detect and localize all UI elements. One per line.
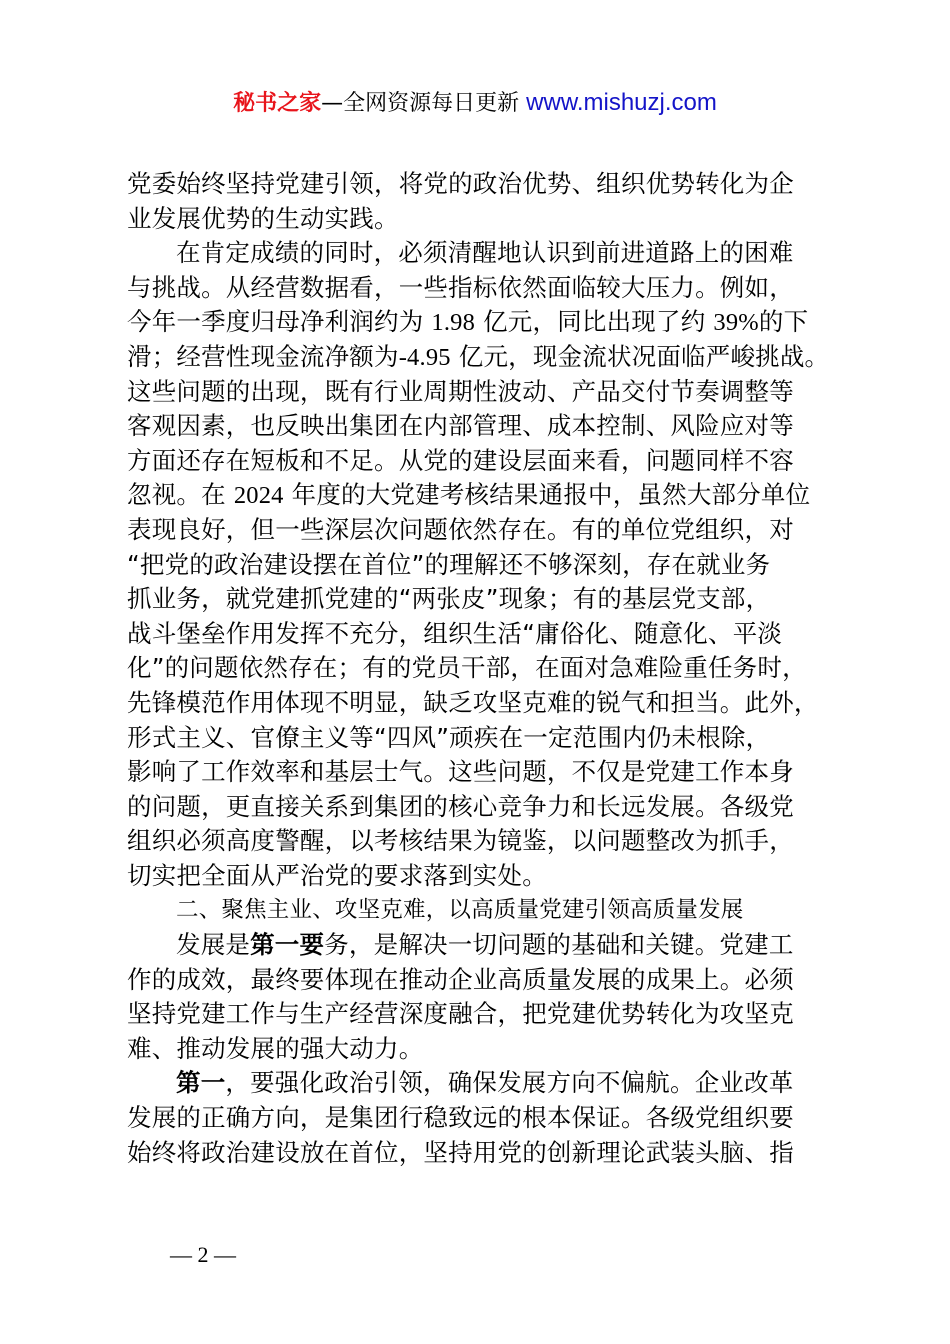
decline-percent: 39%: [713, 309, 759, 336]
text-span: ，要强化政治引领，确保发展方向不偏航。企业改革: [225, 1068, 793, 1097]
text-line: 今年一季度归母净利润约为 1.98 亿元，同比出现了约 39%的下: [127, 305, 857, 340]
page-number: — 2 —: [170, 1240, 236, 1270]
text-line: 的问题，更直接关系到集团的核心竞争力和长远发展。各级党: [127, 790, 857, 825]
text-line: 抓业务，就党建抓党建的“两张皮”现象；有的基层党支部，: [127, 582, 857, 617]
text-line: 发展是第一要务，是解决一切问题的基础和关键。党建工: [127, 928, 857, 963]
text-line: 客观因素，也反映出集团在内部管理、成本控制、风险应对等: [127, 409, 857, 444]
text-span: 的下: [759, 307, 808, 336]
text-line: 滑；经营性现金流净额为-4.95 亿元，现金流状况面临严峻挑战。: [127, 340, 857, 375]
text-line: 影响了工作效率和基层士气。这些问题，不仅是党建工作本身: [127, 755, 857, 790]
year-value: 2024: [234, 482, 284, 509]
text-line: 组织必须高度警醒，以考核结果为镜鉴，以问题整改为抓手，: [127, 824, 857, 859]
text-line: 这些问题的出现，既有行业周期性波动、产品交付节奏调整等: [127, 375, 857, 410]
text-line: 形式主义、官僚主义等“四风”顽疾在一定范围内仍未根除，: [127, 721, 857, 756]
text-line: 先锋模范作用体现不明显，缺乏攻坚克难的锐气和担当。此外，: [127, 686, 857, 721]
text-span: 滑；经营性现金流净额为: [127, 342, 399, 371]
site-url-link[interactable]: www.mishuzj.com: [526, 89, 717, 116]
text-line: “把党的政治建设摆在首位”的理解还不够深刻，存在就业务: [127, 548, 857, 583]
text-line: 作的成效，最终要体现在推动企业高质量发展的成果上。必须: [127, 963, 857, 998]
text-line: 战斗堡垒作用发挥不充分，组织生活“庸俗化、随意化、平淡: [127, 617, 857, 652]
text-line: 切实把全面从严治党的要求落到实处。: [127, 859, 857, 894]
bold-emphasis: 第一: [176, 1068, 225, 1097]
header-slogan: —全网资源每日更新: [321, 91, 519, 116]
text-line: 坚持党建工作与生产经营深度融合，把党建优势转化为攻坚克: [127, 997, 857, 1032]
text-span: 忽视。在: [127, 480, 226, 509]
text-line: 发展的正确方向，是集团行稳致远的根本保证。各级党组织要: [127, 1101, 857, 1136]
text-line: 难、推动发展的强大动力。: [127, 1032, 857, 1067]
text-line: 在肯定成绩的同时，必须清醒地认识到前进道路上的困难: [127, 236, 857, 271]
brand-name: 秘书之家: [233, 91, 321, 116]
text-span: 亿元，现金流状况面临严峻挑战。: [459, 342, 830, 371]
text-span: 年度的大党建考核结果通报中，虽然大部分单位: [292, 480, 811, 509]
text-line: 化”的问题依然存在；有的党员干部，在面对急难险重任务时，: [127, 651, 857, 686]
text-span: 亿元，同比出现了约: [483, 307, 705, 336]
site-header-banner: 秘书之家—全网资源每日更新 www.mishuzj.com: [0, 88, 950, 119]
text-line: 忽视。在 2024 年度的大党建考核结果通报中，虽然大部分单位: [127, 478, 857, 513]
text-line: 表现良好，但一些深层次问题依然存在。有的单位党组织，对: [127, 513, 857, 548]
section-heading: 二、聚焦主业、攻坚克难，以高质量党建引领高质量发展: [127, 893, 857, 928]
text-line: 党委始终坚持党建引领，将党的政治优势、组织优势转化为企: [127, 167, 857, 202]
net-profit-value: 1.98: [431, 309, 475, 336]
text-line: 方面还存在短板和不足。从党的建设层面来看，问题同样不容: [127, 444, 857, 479]
text-line: 始终将政治建设放在首位，坚持用党的创新理论武装头脑、指: [127, 1136, 857, 1171]
text-span: 发展是: [176, 930, 250, 959]
cash-flow-value: -4.95: [399, 344, 451, 371]
text-line: 第一，要强化政治引领，确保发展方向不偏航。企业改革: [127, 1066, 857, 1101]
document-body: 党委始终坚持党建引领，将党的政治优势、组织优势转化为企 业发展优势的生动实践。 …: [127, 167, 857, 1170]
bold-emphasis: 第一要: [250, 930, 324, 959]
text-span: 务，是解决一切问题的基础和关键。党建工: [324, 930, 793, 959]
text-span: 今年一季度归母净利润约为: [127, 307, 423, 336]
text-line: 业发展优势的生动实践。: [127, 202, 857, 237]
text-line: 与挑战。从经营数据看，一些指标依然面临较大压力。例如，: [127, 271, 857, 306]
